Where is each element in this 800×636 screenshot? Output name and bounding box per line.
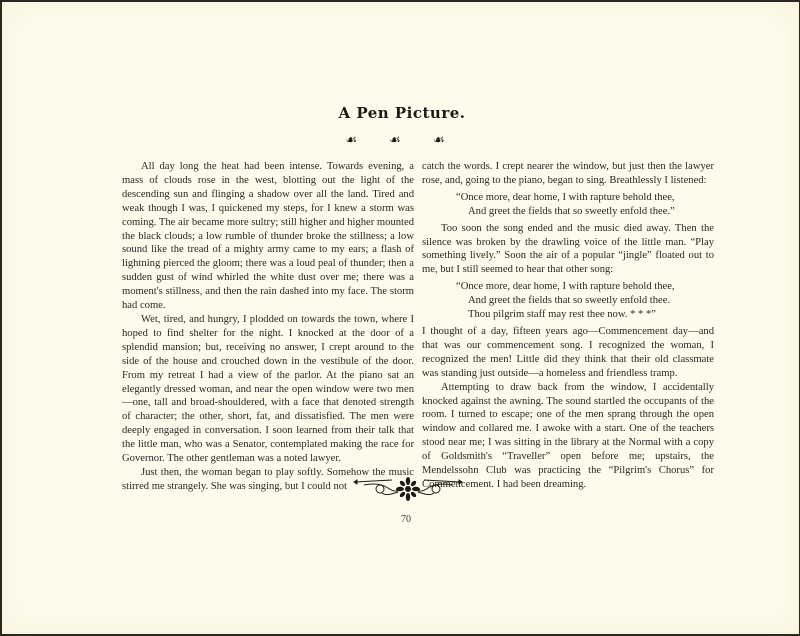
verse-line: And greet the fields that so sweetly enf…	[456, 205, 714, 219]
left-column: All day long the heat had been intense. …	[122, 160, 414, 494]
scroll-ornament-icon	[352, 472, 464, 508]
right-column: catch the words. I crept nearer the wind…	[422, 160, 714, 492]
verse-quote: “Once more, dear home, I with rapture be…	[456, 280, 714, 322]
page-number: 70	[2, 514, 800, 525]
fleuron-ornaments: ☙ ☙ ☙	[2, 133, 800, 148]
verse-line: Thou pilgrim staff may rest thee now. * …	[456, 308, 714, 322]
paragraph: Wet, tired, and hungry, I plodded on tow…	[122, 313, 414, 466]
paragraph: Attempting to draw back from the window,…	[422, 381, 714, 492]
paragraph: Too soon the song ended and the music di…	[422, 222, 714, 278]
paragraph: catch the words. I crept nearer the wind…	[422, 160, 714, 188]
verse-line: “Once more, dear home, I with rapture be…	[456, 280, 714, 294]
paragraph: I thought of a day, fifteen years ago—Co…	[422, 325, 714, 381]
page-title: A Pen Picture.	[2, 104, 800, 122]
verse-line: “Once more, dear home, I with rapture be…	[456, 191, 714, 205]
scanned-page: A Pen Picture. ☙ ☙ ☙ All day long the he…	[2, 2, 799, 634]
paragraph: All day long the heat had been intense. …	[122, 160, 414, 313]
verse-line: And greet the fields that so sweetly enf…	[456, 294, 714, 308]
verse-quote: “Once more, dear home, I with rapture be…	[456, 191, 714, 219]
